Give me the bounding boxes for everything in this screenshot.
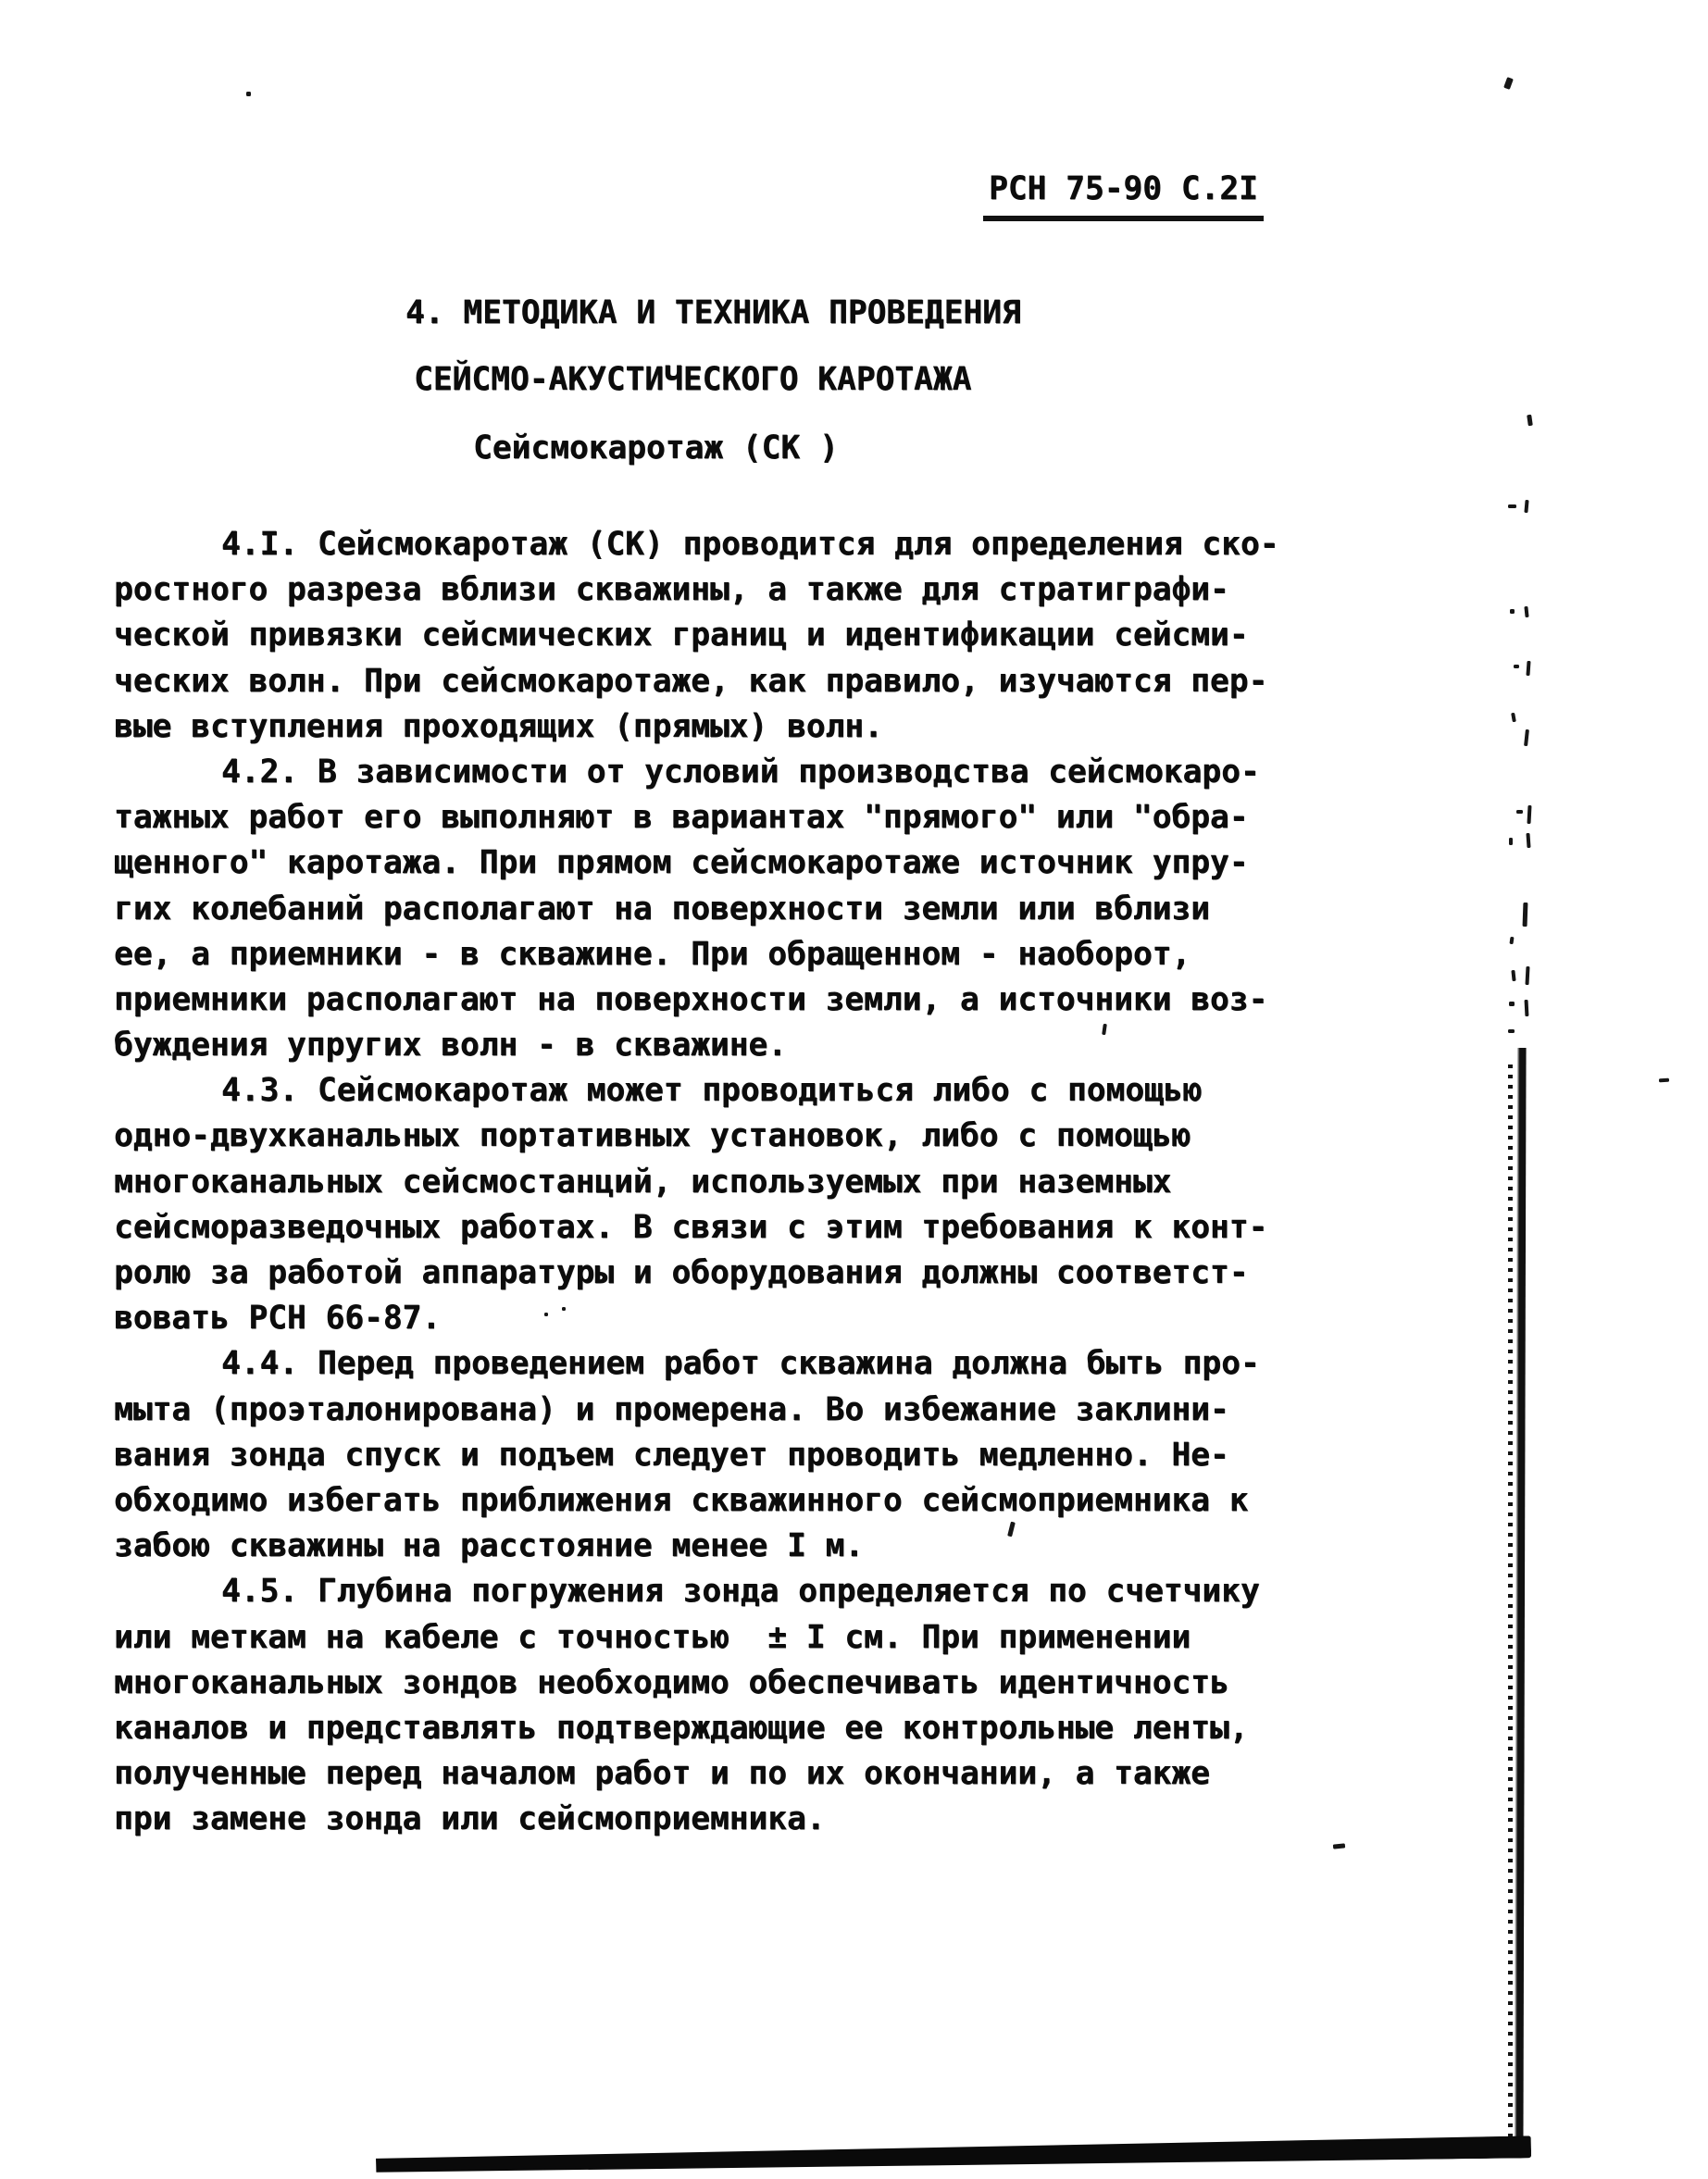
scan-speck xyxy=(1524,729,1529,746)
text-line: обходимо избегать приближения скважинног… xyxy=(114,1480,1278,1525)
scan-speck xyxy=(1659,1078,1669,1083)
text-line: мыта (проэталонирована) и промерена. Во … xyxy=(114,1389,1278,1435)
scan-speck xyxy=(1524,500,1528,513)
scan-speck xyxy=(1525,966,1529,985)
text-line: ее, а приемники - в скважине. При обраще… xyxy=(114,934,1278,979)
section-heading-line2: СЕЙСМО-АКУСТИЧЕСКОГО КАРОТАЖА xyxy=(414,359,971,400)
scan-speck xyxy=(1526,833,1530,848)
text-line: одно-двухканальных портативных установок… xyxy=(114,1115,1278,1161)
scan-speck xyxy=(1525,1000,1529,1016)
scan-vertical-streak-noise xyxy=(1508,1065,1513,2148)
document-body: 4.I. Сейсмокаротаж (СК) проводится для о… xyxy=(114,524,1278,1844)
scan-vertical-streak xyxy=(1514,1048,1526,2155)
scan-speck xyxy=(544,1313,548,1316)
scan-speck xyxy=(562,1307,566,1311)
text-line: ролю за работой аппаратуры и оборудовани… xyxy=(114,1252,1278,1298)
text-line: или меткам на кабеле с точностью ± I см.… xyxy=(114,1617,1278,1662)
scan-speck xyxy=(1510,609,1515,614)
scanned-page: РСН 75-90 С.2I 4. МЕТОДИКА И ТЕХНИКА ПРО… xyxy=(0,0,1708,2179)
text-line: 4.4. Перед проведением работ скважина до… xyxy=(114,1343,1278,1388)
scan-speck xyxy=(1526,661,1530,676)
page-reference: РСН 75-90 С.2I xyxy=(983,168,1264,221)
text-line: вания зонда спуск и подъем следует прово… xyxy=(114,1435,1278,1480)
text-line: приемники располагают на поверхности зем… xyxy=(114,979,1278,1025)
text-line: 4.I. Сейсмокаротаж (СК) проводится для о… xyxy=(114,524,1278,569)
text-line: ростного разреза вблизи скважины, а такж… xyxy=(114,569,1278,615)
text-line: ческих волн. При сейсмокаротаже, как пра… xyxy=(114,661,1278,706)
text-line: ческой привязки сейсмических границ и ид… xyxy=(114,615,1278,660)
scan-speck xyxy=(1508,1029,1515,1033)
scan-speck xyxy=(1503,77,1514,90)
text-line: многоканальных сейсмостанций, используем… xyxy=(114,1162,1278,1207)
text-line: вовать РСН 66-87. xyxy=(114,1298,1278,1343)
scan-speck xyxy=(246,92,251,96)
text-line: при замене зонда или сейсмоприемника. xyxy=(114,1799,1278,1844)
text-line: сейсморазведочных работах. В связи с эти… xyxy=(114,1207,1278,1252)
scan-speck xyxy=(1524,606,1528,617)
subheading: Сейсмокаротаж (СК ) xyxy=(473,428,839,468)
scan-speck xyxy=(1509,1002,1515,1006)
scan-speck xyxy=(1333,1843,1345,1849)
section-heading-line1: 4. МЕТОДИКА И ТЕХНИКА ПРОВЕДЕНИЯ xyxy=(405,293,1021,333)
text-line: 4.5. Глубина погружения зонда определяет… xyxy=(114,1571,1278,1616)
scan-speck xyxy=(1508,504,1516,508)
text-line: забою скважины на расстояние менее I м. xyxy=(114,1525,1278,1571)
text-line: вые вступления проходящих (прямых) волн. xyxy=(114,706,1278,752)
text-line: щенного" каротажа. При прямом сейсмокаро… xyxy=(114,842,1278,888)
text-line: полученные перед началом работ и по их о… xyxy=(114,1753,1278,1799)
scan-speck xyxy=(1509,838,1513,845)
text-line: 4.2. В зависимости от условий производст… xyxy=(114,752,1278,797)
scan-speck xyxy=(1527,805,1531,824)
scan-bottom-edge xyxy=(376,2135,1531,2173)
scan-speck xyxy=(1511,713,1516,723)
text-line: многоканальных зондов необходимо обеспеч… xyxy=(114,1662,1278,1708)
text-line: 4.3. Сейсмокаротаж может проводиться либ… xyxy=(114,1070,1278,1115)
text-line: каналов и представлять подтверждающие ее… xyxy=(114,1708,1278,1753)
scan-speck xyxy=(1514,665,1519,668)
scan-speck xyxy=(1511,970,1515,981)
text-line: гих колебаний располагают на поверхности… xyxy=(114,889,1278,934)
scan-speck xyxy=(1509,937,1514,944)
scan-speck xyxy=(1516,810,1523,814)
text-line: тажных работ его выполняют в вариантах "… xyxy=(114,797,1278,842)
scan-speck xyxy=(1523,903,1528,927)
scan-speck xyxy=(1527,415,1533,427)
